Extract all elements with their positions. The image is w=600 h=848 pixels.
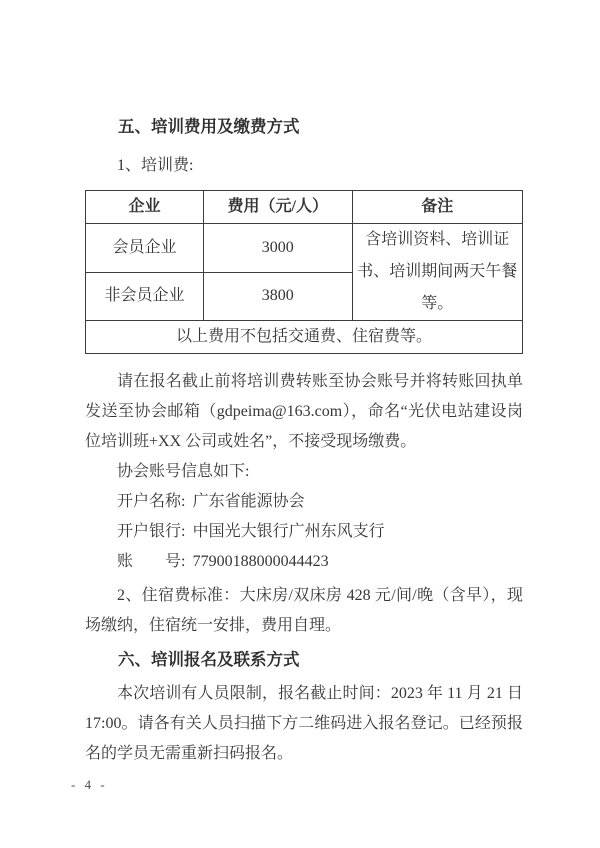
payment-instructions-paragraph: 请在报名截止前将培训费转账至协会账号并将转账回执单发送至协会邮箱（gdpeima…	[85, 367, 523, 457]
fee-table: 企业 费用（元/人） 备注 会员企业 3000 含培训资料、培训证书、培训期间两…	[85, 190, 523, 354]
page-number: - 4 -	[71, 777, 108, 793]
nonmember-row-enterprise: 非会员企业	[86, 272, 204, 321]
document-body: 五、培训费用及缴费方式 1、培训费: 企业 费用（元/人） 备注 会员企业 30…	[85, 112, 523, 769]
fee-table-header-row: 企业 费用（元/人） 备注	[86, 191, 523, 224]
account-name-line: 开户名称:广东省能源协会	[85, 487, 523, 517]
section5-heading: 五、培训费用及缴费方式	[85, 112, 523, 142]
account-number-value: 77900188000044423	[193, 553, 329, 570]
accommodation-paragraph: 2、住宿费标准：大床房/双床房 428 元/间/晚（含早），现场缴纳，住宿统一安…	[85, 581, 523, 641]
account-bank-value: 中国光大银行广州东风支行	[193, 523, 385, 540]
fee-table-header-remark: 备注	[352, 191, 522, 224]
account-bank-label: 开户银行:	[117, 523, 185, 540]
fee-table-member-row: 会员企业 3000 含培训资料、培训证书、培训期间两天午餐等。	[86, 224, 523, 273]
account-number-line: 账 号:77900188000044423	[85, 547, 523, 577]
member-row-fee: 3000	[203, 224, 352, 273]
account-bank-line: 开户银行:中国光大银行广州东风支行	[85, 517, 523, 547]
account-name-label: 开户名称:	[117, 493, 185, 510]
account-intro-line: 协会账号信息如下:	[85, 457, 523, 487]
fee-remark-cell: 含培训资料、培训证书、培训期间两天午餐等。	[352, 224, 522, 321]
account-info-block: 协会账号信息如下: 开户名称:广东省能源协会 开户银行:中国光大银行广州东风支行…	[85, 457, 523, 577]
training-fee-label: 1、培训费:	[85, 151, 523, 181]
registration-paragraph: 本次培训有人员限制，报名截止时间：2023 年 11 月 21 日 17:00。…	[85, 679, 523, 769]
account-number-label: 账 号:	[117, 553, 185, 570]
nonmember-row-fee: 3800	[203, 272, 352, 321]
fee-table-footer-note: 以上费用不包括交通费、住宿费等。	[86, 321, 523, 354]
account-name-value: 广东省能源协会	[193, 493, 305, 510]
section6-heading: 六、培训报名及联系方式	[85, 645, 523, 675]
document-page: 五、培训费用及缴费方式 1、培训费: 企业 费用（元/人） 备注 会员企业 30…	[0, 0, 600, 848]
member-row-enterprise: 会员企业	[86, 224, 204, 273]
fee-table-header-fee: 费用（元/人）	[203, 191, 352, 224]
fee-table-footer-row: 以上费用不包括交通费、住宿费等。	[86, 321, 523, 354]
fee-table-header-enterprise: 企业	[86, 191, 204, 224]
